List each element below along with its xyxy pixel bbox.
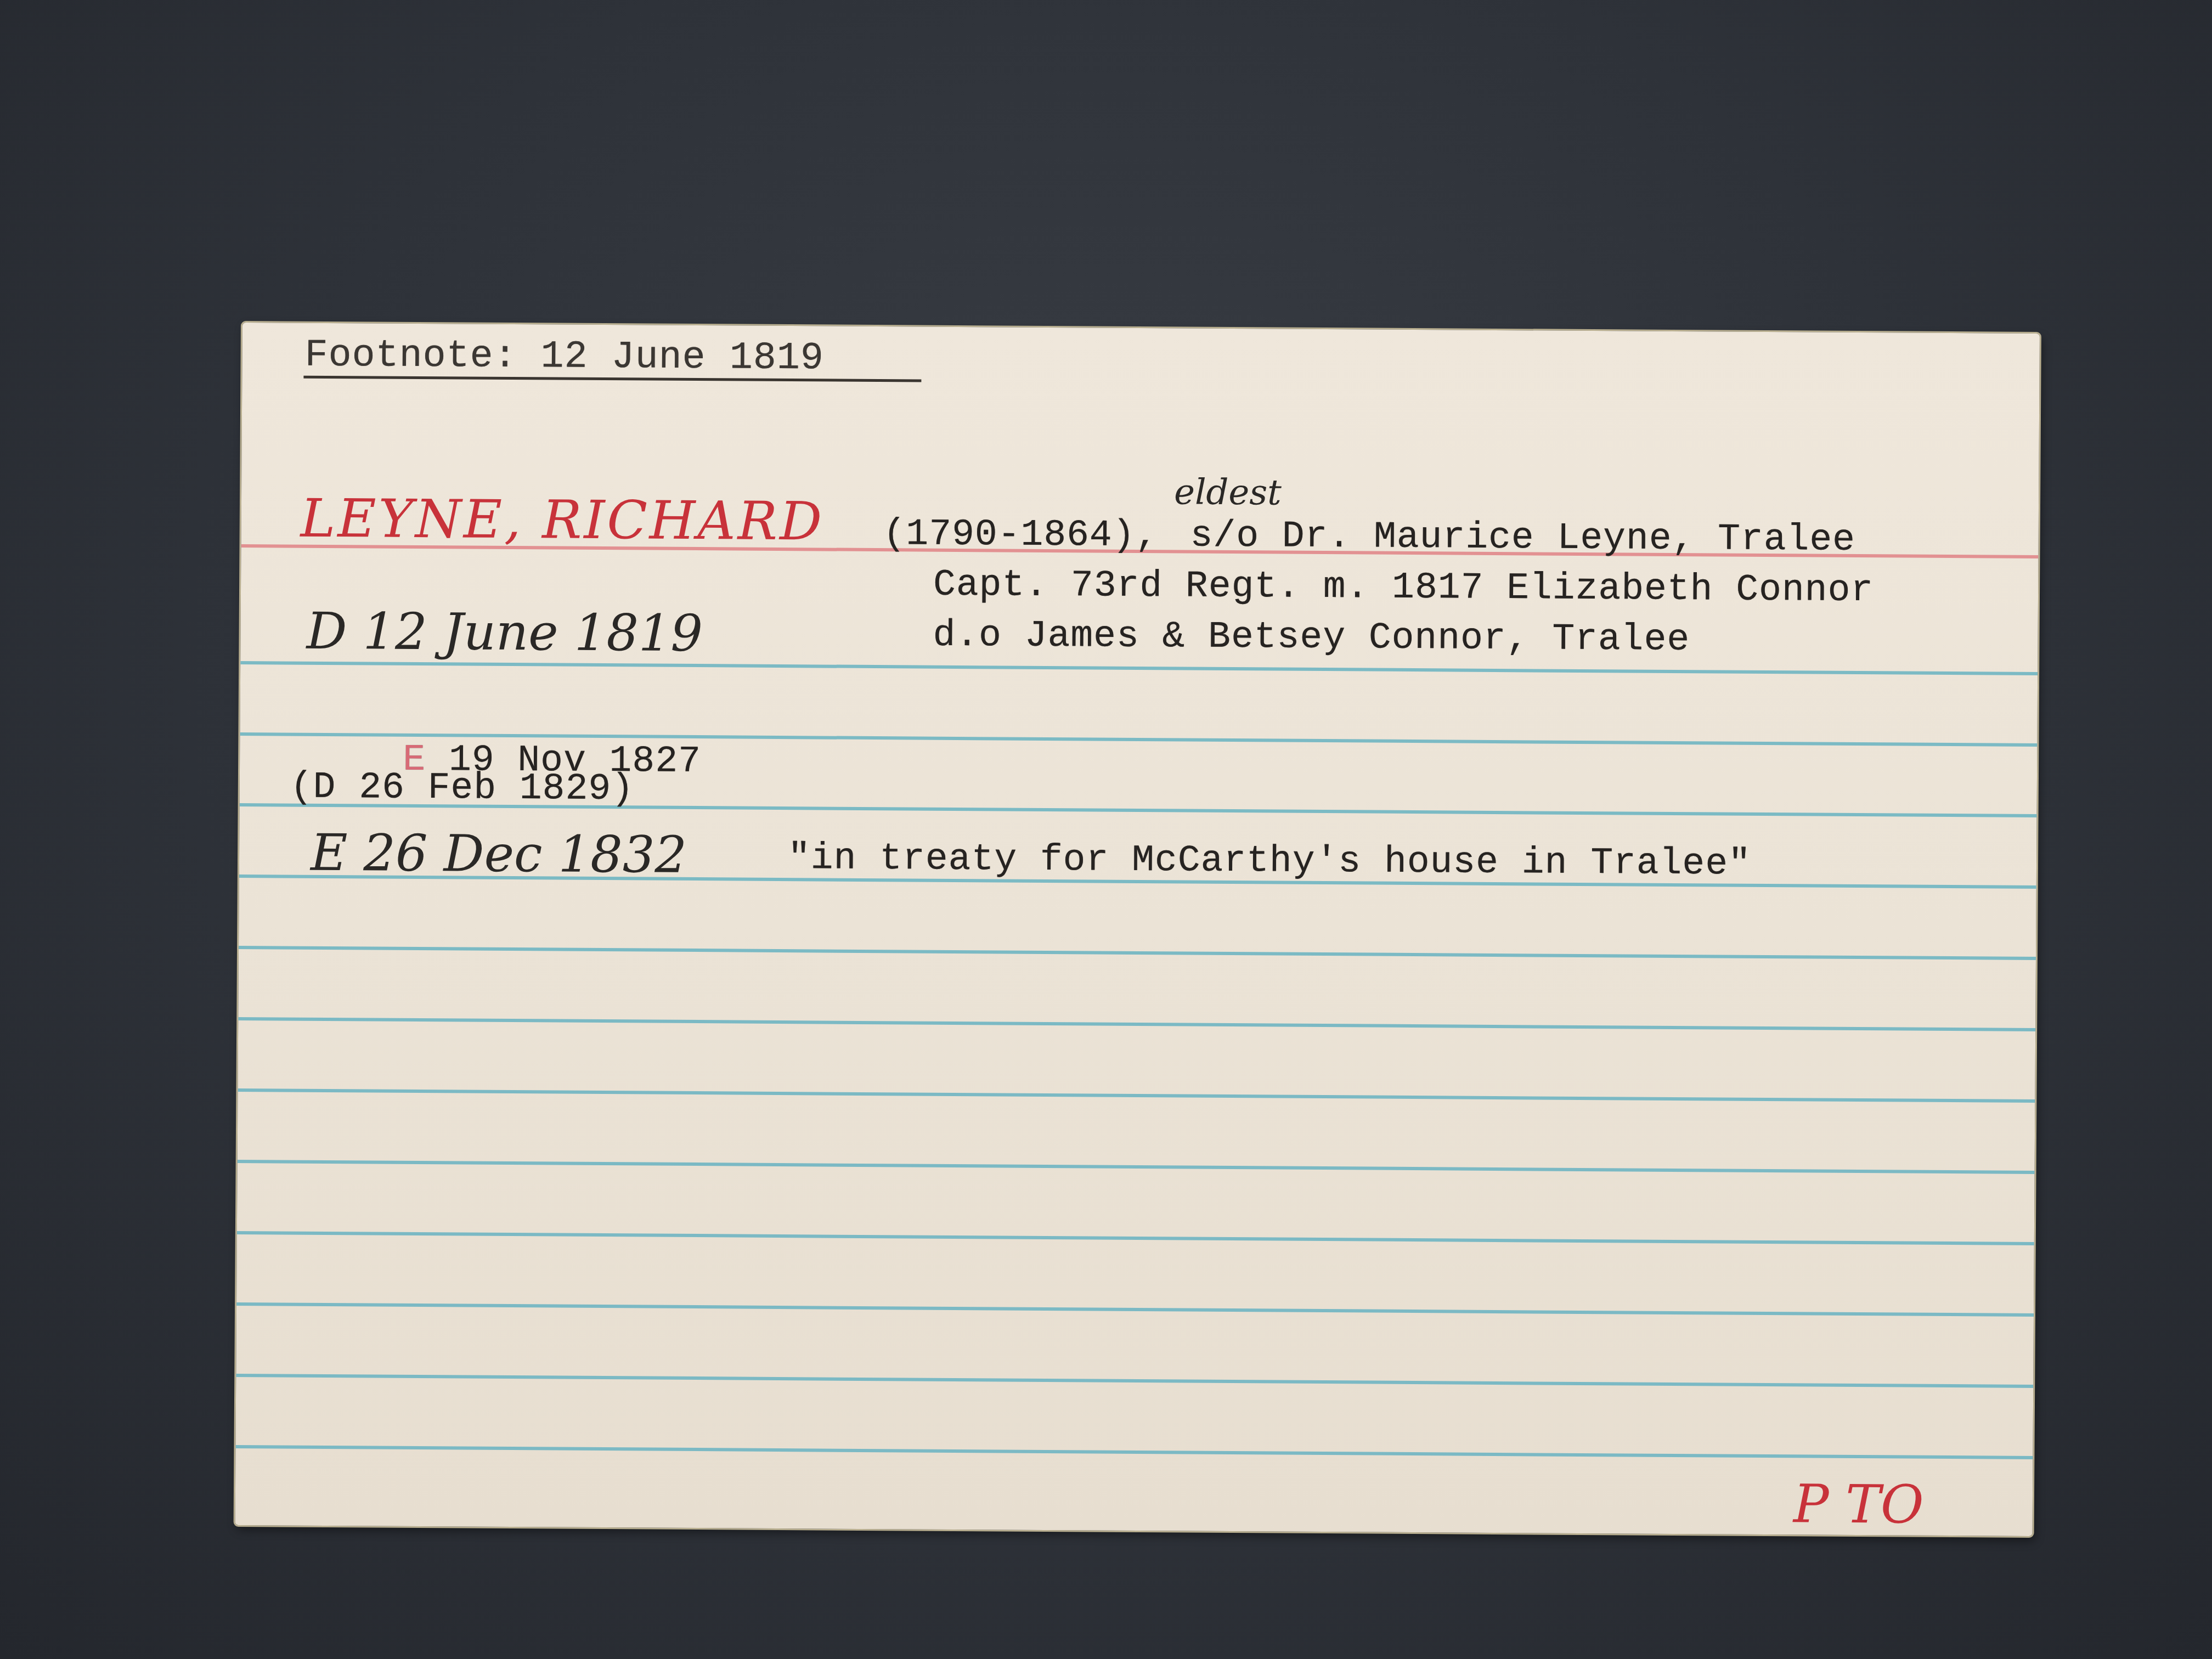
blue-rule [236,1374,2033,1388]
insertion-eldest: eldest [1174,472,1282,513]
blue-rule [235,1445,2033,1459]
entry-d-1819: D 12 June 1819 [306,602,703,663]
entry-e-1832: E 26 Dec 1832 [311,823,687,884]
blue-rule [238,1088,2035,1103]
entry-e-1832-note: "in treaty for McCarthy's house in Trale… [788,837,1751,885]
blue-rule [238,1017,2035,1031]
spouse-parents-line: d.o James & Betsey Connor, Tralee [933,614,1690,661]
life-dates: (1790-1864), [883,513,1158,557]
footnote-header: Footnote: 12 June 1819 [304,334,824,381]
please-turn-over-note: P TO [1793,1473,1925,1535]
surname-name: LEYNE, RICHARD [300,488,824,552]
blue-rule [236,1302,2034,1317]
parent-line: s/o Dr. Maurice Leyne, Tralee [1190,515,1855,561]
index-card: Footnote: 12 June 1819 LEYNE, RICHARD (1… [235,323,2040,1536]
blue-rule [239,946,2036,960]
blue-rule [238,1160,2035,1174]
blue-rule [240,661,2038,675]
blue-rule [237,1231,2034,1245]
entry-d-1829: (D 26 Feb 1829) [290,766,635,811]
career-marriage-line: Capt. 73rd Regt. m. 1817 Elizabeth Conno… [933,564,1874,612]
